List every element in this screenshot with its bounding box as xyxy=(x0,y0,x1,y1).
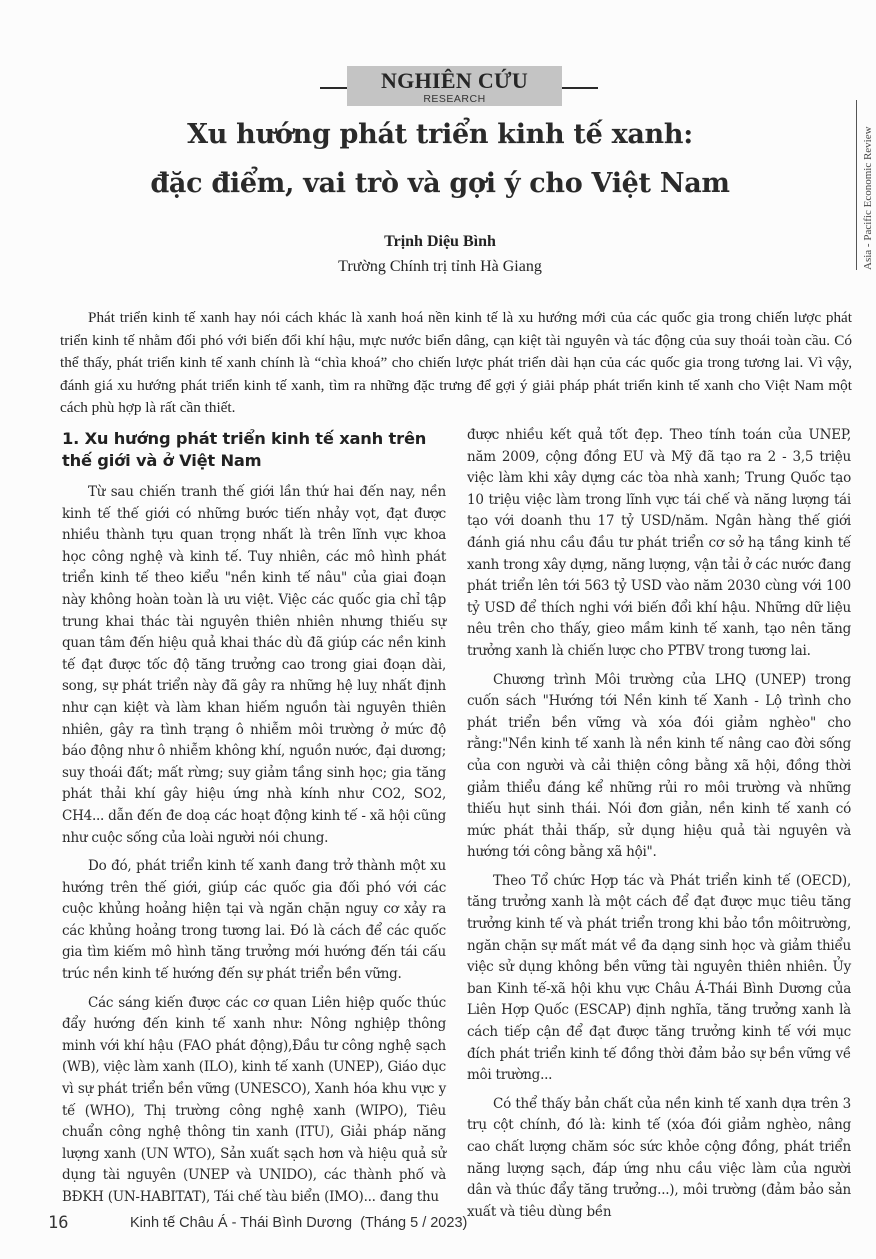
section-label-vi: NGHIÊN CỨU xyxy=(347,66,562,94)
footer-journal-title: Kinh tế Châu Á - Thái Bình Dương (Tháng … xyxy=(130,1215,467,1231)
right-column: được nhiều kết quả tốt đẹp. Theo tính to… xyxy=(467,425,851,1230)
left-column: 1. Xu hướng phát triển kinh tế xanh trên… xyxy=(62,428,446,1216)
section-heading-1: 1. Xu hướng phát triển kinh tế xanh trên… xyxy=(62,428,446,472)
side-divider xyxy=(856,100,857,270)
author-affiliation: Trường Chính trị tỉnh Hà Giang xyxy=(70,258,810,276)
body-paragraph-continued: được nhiều kết quả tốt đẹp. Theo tính to… xyxy=(467,425,851,663)
author-name: Trịnh Diệu Bình xyxy=(70,233,810,251)
article-title-line-1: Xu hướng phát triển kinh tế xanh: xyxy=(70,118,810,152)
header-rule-right xyxy=(558,87,598,89)
body-paragraph: Có thể thấy bản chất của nền kinh tế xan… xyxy=(467,1094,851,1224)
body-paragraph: Từ sau chiến tranh thế giới lần thứ hai … xyxy=(62,482,446,849)
body-paragraph: Theo Tổ chức Hợp tác và Phát triển kinh … xyxy=(467,871,851,1087)
journal-page: NGHIÊN CỨU RESEARCH Asia - Pacific Econo… xyxy=(0,0,876,1259)
body-paragraph: Các sáng kiến được các cơ quan Liên hiệp… xyxy=(62,993,446,1209)
abstract: Phát triển kinh tế xanh hay nói cách khá… xyxy=(60,307,852,420)
section-banner: NGHIÊN CỨU RESEARCH xyxy=(347,66,562,106)
running-journal-label: Asia - Pacific Economic Review xyxy=(862,100,876,270)
article-title-line-2: đặc điểm, vai trò và gợi ý cho Việt Nam xyxy=(70,167,810,201)
page-number: 16 xyxy=(48,1213,68,1233)
body-paragraph: Chương trình Môi trường của LHQ (UNEP) t… xyxy=(467,670,851,864)
body-paragraph: Do đó, phát triển kinh tế xanh đang trở … xyxy=(62,856,446,986)
section-label-en: RESEARCH xyxy=(347,94,562,105)
